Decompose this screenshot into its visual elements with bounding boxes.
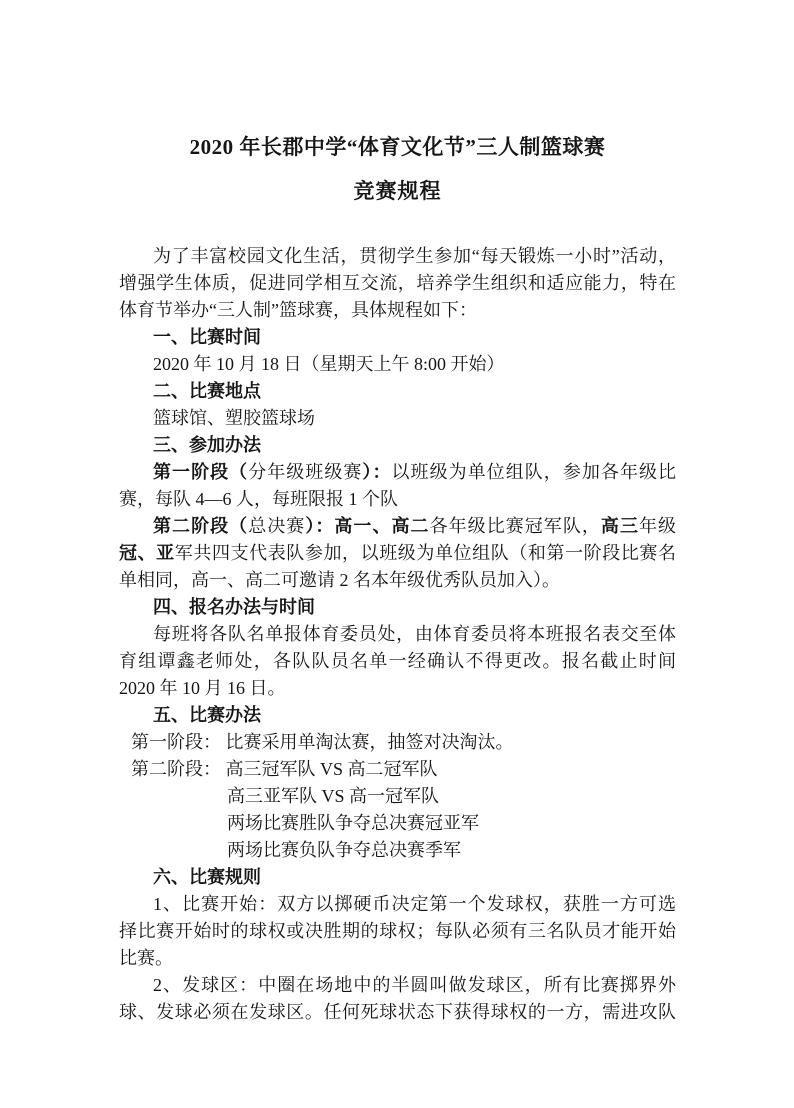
- text-run: 择比赛开始时的球权或决胜期的球权；每队必须有三名队员才能开始: [119, 921, 676, 941]
- text-run: 分年级班级赛: [248, 462, 362, 482]
- document-page: 2020 年长郡中学“体育文化节”三人制篮球赛 竞赛规程 为了丰富校园文化生活，…: [0, 0, 794, 1108]
- bold-text-run: 高三: [601, 516, 639, 536]
- text-run: 年级: [639, 516, 676, 536]
- text-line: 两场比赛负队争夺总决赛季军: [119, 837, 676, 864]
- text-run: 体育节举办“三人制”篮球赛，具体规程如下：: [119, 300, 477, 320]
- text-line: 五、比赛办法: [119, 702, 676, 729]
- text-run: 赛，每队 4—6 人，每班限报 1 个队: [119, 489, 398, 509]
- text-run: 为了丰富校园文化生活，贯彻学生参加“每天锻炼一小时”活动，: [153, 246, 676, 266]
- text-line: 每班将各队名单报体育委员处，由体育委员将本班报名表交至体: [119, 621, 676, 648]
- text-run: 2020 年 10 月 18 日（星期天上午 8:00 开始）: [153, 354, 505, 374]
- bold-text-run: 六、比赛规则: [153, 867, 261, 887]
- text-line: 四、报名办法与时间: [119, 594, 676, 621]
- text-line: 三、参加办法: [119, 432, 676, 459]
- text-line: 育组谭鑫老师处，各队队员名单一经确认不得更改。报名截止时间: [119, 648, 676, 675]
- text-line: 体育节举办“三人制”篮球赛，具体规程如下：: [119, 297, 676, 324]
- text-line: 择比赛开始时的球权或决胜期的球权；每队必须有三名队员才能开始: [119, 918, 676, 945]
- text-line: 2020 年 10 月 16 日。: [119, 675, 676, 702]
- bold-text-run: 第二阶段（: [153, 516, 248, 536]
- text-run: 各年级比赛冠军队，: [430, 516, 601, 536]
- text-line: 比赛。: [119, 945, 676, 972]
- text-line: 二、比赛地点: [119, 378, 676, 405]
- document-content: 2020 年长郡中学“体育文化节”三人制篮球赛 竞赛规程 为了丰富校园文化生活，…: [0, 0, 794, 1026]
- text-run: 比赛。: [119, 948, 173, 968]
- text-run: 篮球馆、塑胶篮球场: [153, 408, 315, 428]
- bold-text-run: 第一阶段（: [153, 462, 248, 482]
- text-line: 六、比赛规则: [119, 864, 676, 891]
- bold-text-run: 四、报名办法与时间: [153, 597, 315, 617]
- text-line: 1、比赛开始：双方以掷硬币决定第一个发球权，获胜一方可选: [119, 891, 676, 918]
- text-run: 2、发球区：中圈在场地中的半圆叫做发球区，所有比赛掷界外: [153, 975, 676, 995]
- bold-text-run: 冠、亚: [119, 543, 175, 563]
- text-line: 2020 年 10 月 18 日（星期天上午 8:00 开始）: [119, 351, 676, 378]
- text-line: 冠、亚军共四支代表队参加，以班级为单位组队（和第一阶段比赛名: [119, 540, 676, 567]
- bold-text-run: 五、比赛办法: [153, 705, 261, 725]
- document-title: 2020 年长郡中学“体育文化节”三人制篮球赛: [119, 133, 676, 161]
- text-line: 第一阶段（分年级班级赛）：以班级为单位组队，参加各年级比: [119, 459, 676, 486]
- text-line: 两场比赛胜队争夺总决赛冠亚军: [119, 810, 676, 837]
- text-line: 单相同，高一、高二可邀请 2 名本年级优秀队员加入）。: [119, 567, 676, 594]
- text-run: 2020 年 10 月 16 日。: [119, 678, 286, 698]
- bold-text-run: 二、比赛地点: [153, 381, 261, 401]
- text-run: 军共四支代表队参加，以班级为单位组队（和第一阶段比赛名: [175, 543, 676, 563]
- text-line: 为了丰富校园文化生活，贯彻学生参加“每天锻炼一小时”活动，: [119, 243, 676, 270]
- text-line: 篮球馆、塑胶篮球场: [119, 405, 676, 432]
- text-line: 增强学生体质，促进同学相互交流，培养学生组织和适应能力，特在: [119, 270, 676, 297]
- text-run: 单相同，高一、高二可邀请 2 名本年级优秀队员加入）。: [119, 570, 560, 590]
- text-run: 第一阶段： 比赛采用单淘汰赛，抽签对决淘汰。: [131, 732, 514, 752]
- text-line: 球、发球必须在发球区。任何死球状态下获得球权的一方，需进攻队: [119, 999, 676, 1026]
- text-run: 高三亚军队 VS 高一冠军队: [227, 786, 439, 806]
- text-line: 第一阶段： 比赛采用单淘汰赛，抽签对决淘汰。: [119, 729, 676, 756]
- text-run: 两场比赛负队争夺总决赛季军: [227, 840, 461, 860]
- text-line: 第二阶段： 高三冠军队 VS 高二冠军队: [119, 756, 676, 783]
- text-line: 2、发球区：中圈在场地中的半圆叫做发球区，所有比赛掷界外: [119, 972, 676, 999]
- text-run: 1、比赛开始：双方以掷硬币决定第一个发球权，获胜一方可选: [153, 894, 676, 914]
- text-line: 高三亚军队 VS 高一冠军队: [119, 783, 676, 810]
- text-run: 育组谭鑫老师处，各队队员名单一经确认不得更改。报名截止时间: [119, 651, 676, 671]
- text-line: 第二阶段（总决赛）：高一、高二各年级比赛冠军队，高三年级: [119, 513, 676, 540]
- document-body: 为了丰富校园文化生活，贯彻学生参加“每天锻炼一小时”活动，增强学生体质，促进同学…: [119, 243, 676, 1026]
- text-run: 球、发球必须在发球区。任何死球状态下获得球权的一方，需进攻队: [119, 1002, 676, 1022]
- bold-text-run: 一、比赛时间: [153, 327, 261, 347]
- text-line: 赛，每队 4—6 人，每班限报 1 个队: [119, 486, 676, 513]
- bold-text-run: ）：: [362, 462, 391, 482]
- bold-text-run: ）：: [305, 516, 334, 536]
- document-subtitle: 竞赛规程: [119, 177, 676, 205]
- text-run: 每班将各队名单报体育委员处，由体育委员将本班报名表交至体: [153, 624, 676, 644]
- bold-text-run: 三、参加办法: [153, 435, 261, 455]
- bold-text-run: 高一、高二: [334, 516, 429, 536]
- text-run: 第二阶段： 高三冠军队 VS 高二冠军队: [131, 759, 438, 779]
- text-run: 两场比赛胜队争夺总决赛冠亚军: [227, 813, 479, 833]
- text-run: 以班级为单位组队，参加各年级比: [392, 462, 677, 482]
- text-line: 一、比赛时间: [119, 324, 676, 351]
- text-run: 总决赛: [248, 516, 305, 536]
- text-run: 增强学生体质，促进同学相互交流，培养学生组织和适应能力，特在: [119, 273, 676, 293]
